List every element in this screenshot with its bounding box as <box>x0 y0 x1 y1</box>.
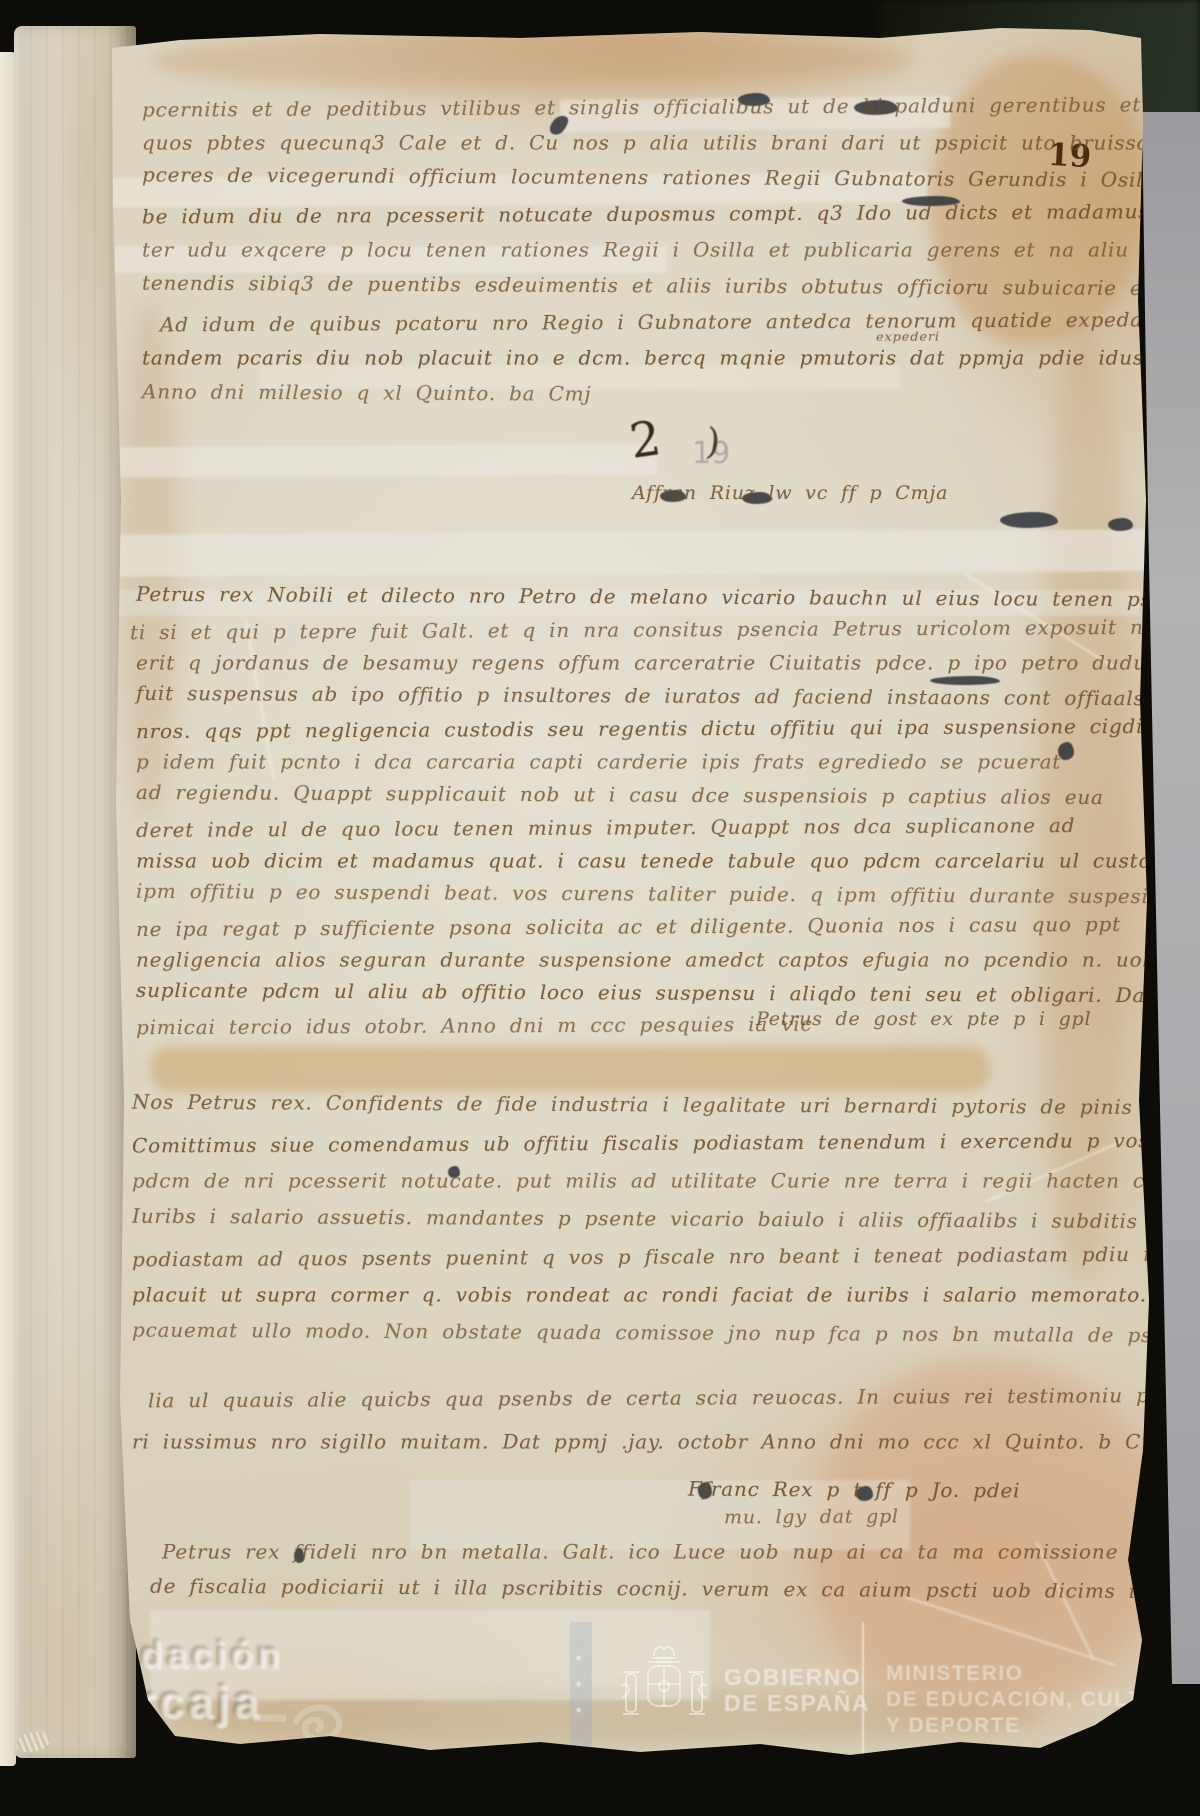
repair-strip <box>72 444 657 477</box>
manuscript-line: quos pbtes quecunq3 Cale et d. Cu nos p … <box>142 131 1149 154</box>
manuscript-line: ipm offitiu p eo suspendi beat. vos cure… <box>136 880 1162 908</box>
manuscript-line: de fiscalia podiciarii ut i illa pscribi… <box>150 1575 1200 1604</box>
manuscript-line: pdcm de nri pcesserit notucate. put mili… <box>132 1169 1200 1192</box>
ink-blot <box>930 676 1000 685</box>
manuscript-line: pcauemat ullo modo. Non obstate quada co… <box>132 1319 1200 1348</box>
ministerio-watermark-line1: MINISTERIO <box>886 1662 1024 1686</box>
repair-strip <box>105 529 1145 576</box>
manuscript-line: ri iussimus nro sigillo muitam. Dat ppmj… <box>132 1430 1168 1453</box>
manuscript-line: Iuribs i salario assuetis. mandantes p p… <box>132 1205 1193 1234</box>
manuscript-line: tenendis sibiq3 de puentibs esdeuimentis… <box>142 272 1200 301</box>
manuscript-line: Nos Petrus rex. Confidents de fide indus… <box>132 1091 1200 1120</box>
manuscript-line: Comittimus siue comendamus ub offitiu fi… <box>132 1128 1200 1157</box>
manuscript-line: nros. qqs ppt negligencia custodis seu r… <box>136 715 1152 743</box>
ink-blot <box>1000 512 1058 528</box>
manuscript-line: ti si et qui p tepre fuit Galt. et q in … <box>130 616 1171 644</box>
manuscript-line: tandem pcaris diu nob placuit ino e dcm.… <box>142 346 1200 369</box>
manuscript-line: deret inde ul de quo locu tenen minus im… <box>136 814 1075 842</box>
archivist-mark: 2 <box>626 410 664 470</box>
stain <box>150 30 910 90</box>
gobierno-watermark-line2: DE ESPAÑA <box>724 1690 870 1717</box>
manuscript-page: 19 19 2 ) pcernitis et de peditibus vtil… <box>0 0 1200 1816</box>
manuscript-line: pimicai tercio idus otobr. Anno dni m cc… <box>136 1013 813 1040</box>
manuscript-line: p idem fuit pcnto i dca carcaria capti c… <box>136 750 1061 773</box>
manuscript-line: Ffranc Rex p t ff p Jo. pdei <box>688 1478 1020 1503</box>
gobierno-watermark-line1: GOBIERNO <box>724 1664 861 1691</box>
manuscript-line: suplicante pdcm ul aliu ab offitio loco … <box>136 979 1154 1007</box>
manuscript-line: fuit suspensus ab ipo offitio p insultor… <box>136 682 1145 710</box>
star-icon: ✶ <box>574 1652 583 1665</box>
manuscript-line: mu. lgy dat gpl <box>724 1506 899 1528</box>
manuscript-line: podiastam ad quos psents puenint q vos p… <box>132 1243 1200 1272</box>
manuscript-line: Petrus rex ffideli nro bn metalla. Galt.… <box>162 1540 1200 1563</box>
manuscript-line: negligencia alios seguran durante suspen… <box>136 948 1183 971</box>
manuscript-photo: 19 19 2 ) pcernitis et de peditibus vtil… <box>0 0 1200 1816</box>
stain <box>150 1046 990 1092</box>
manuscript-line: Petrus de gost ex pte p i gpl <box>756 1008 1091 1029</box>
spain-coat-of-arms-icon <box>618 1640 710 1748</box>
manuscript-line: ter udu exqcere p locu tenen rationes Re… <box>142 238 1200 261</box>
manuscript-line: placuit ut supra cormer q. vobis rondeat… <box>132 1283 1200 1306</box>
manuscript-line: missa uob dicim et madamus quat. i casu … <box>136 849 1189 872</box>
manuscript-line: Anno dni millesio q xl Quinto. ba Cmj <box>142 380 592 405</box>
manuscript-line: Affran Riuz lw vc ff p Cmja <box>632 482 948 503</box>
gobierno-divider <box>862 1622 864 1758</box>
ministerio-watermark-line2: DE EDUCACIÓN, CULTURA <box>886 1688 1191 1712</box>
ibercaja-swirl-icon <box>252 1688 348 1752</box>
ministerio-watermark-line3: Y DEPORTE <box>886 1714 1020 1738</box>
star-icon: ✶ <box>574 1678 583 1691</box>
ink-blot <box>1108 518 1133 531</box>
manuscript-line: ne ipa regat p sufficiente psona solicit… <box>136 913 1121 941</box>
star-icon: ✶ <box>574 1704 583 1717</box>
manuscript-line: ad regiendu. Quappt supplicauit nob ut i… <box>136 781 1104 809</box>
manuscript-line: expederi <box>876 330 940 345</box>
manuscript-line: erit q jordanus de besamuy regens offum … <box>136 651 1147 674</box>
